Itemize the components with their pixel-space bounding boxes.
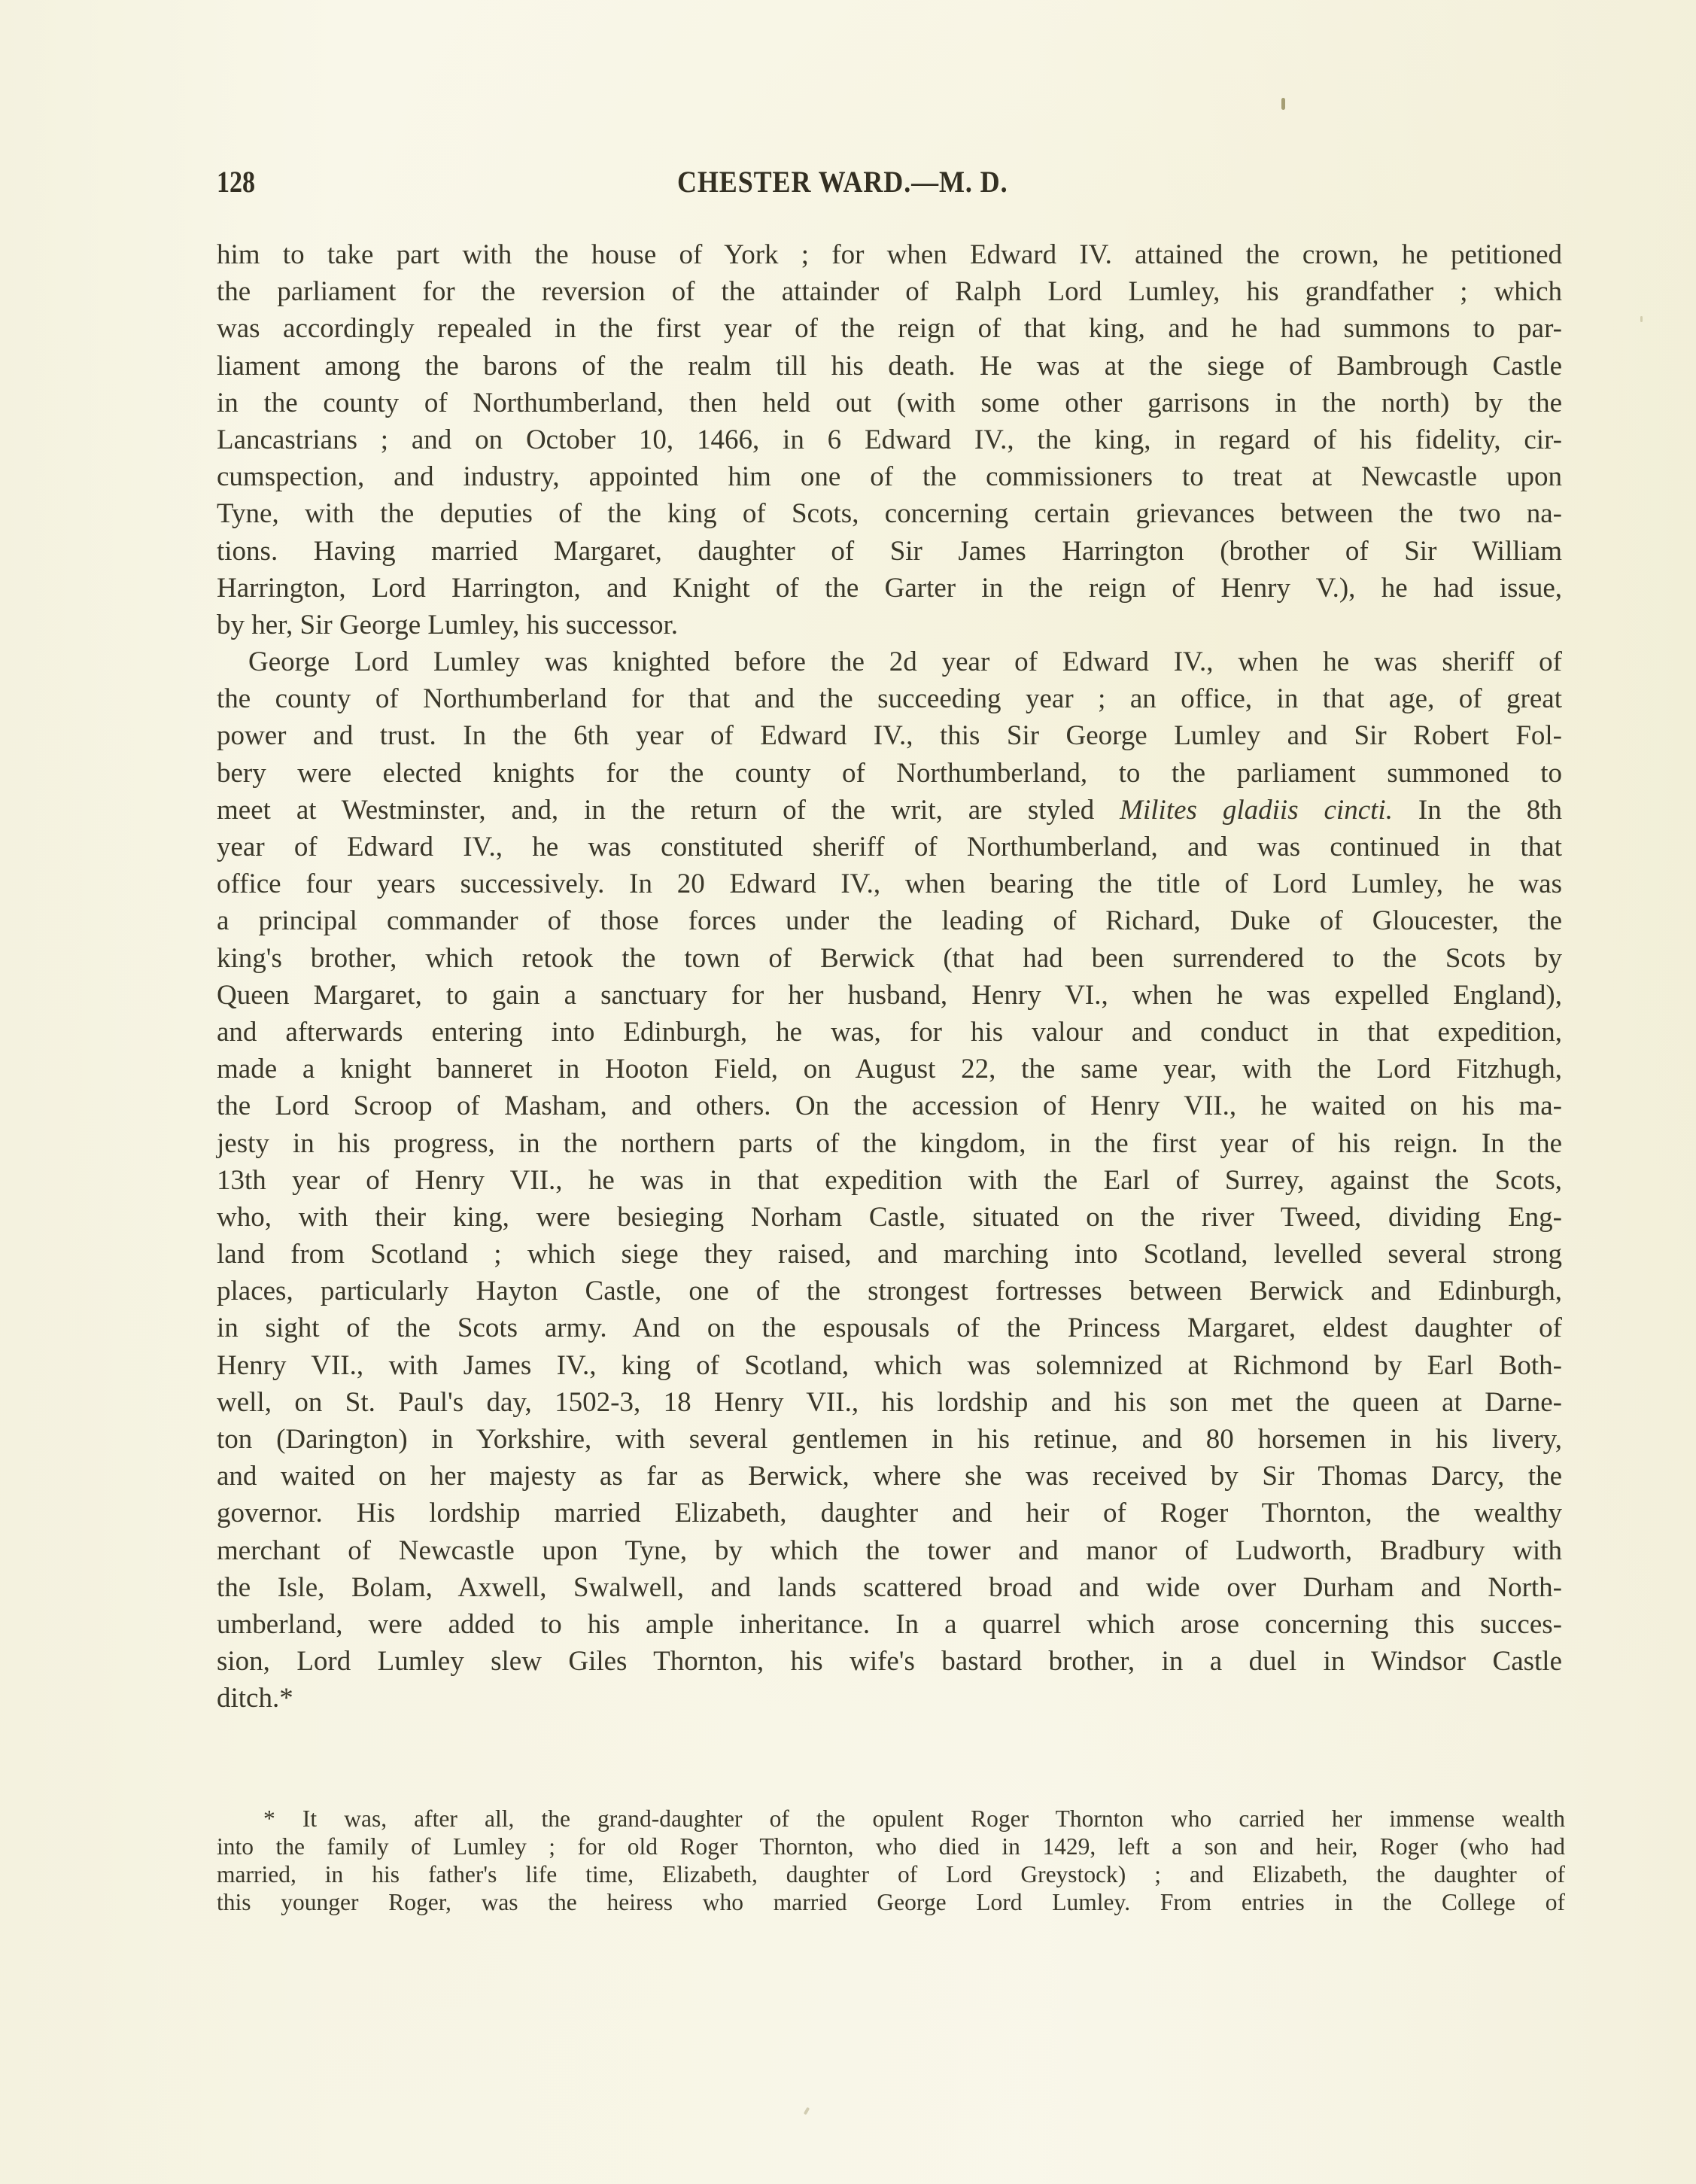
- paper-speck: [1281, 98, 1285, 110]
- text-line: by her, Sir George Lumley, his successor…: [217, 607, 1562, 643]
- text-line: the Isle, Bolam, Axwell, Swalwell, and l…: [217, 1569, 1562, 1606]
- text-line: the Lord Scroop of Masham, and others. O…: [217, 1087, 1562, 1124]
- text-line: a principal commander of those forces un…: [217, 902, 1562, 939]
- text-line: Tyne, with the deputies of the king of S…: [217, 495, 1562, 532]
- text-line: Harrington, Lord Harrington, and Knight …: [217, 570, 1562, 607]
- text-segment: In the 8th: [1393, 795, 1562, 826]
- book-page: 128 CHESTER WARD.—M. D. him to take part…: [0, 0, 1696, 2184]
- text-line: made a knight banneret in Hooton Field, …: [217, 1051, 1562, 1087]
- text-line: sion, Lord Lumley slew Giles Thornton, h…: [217, 1643, 1562, 1680]
- text-line: umberland, were added to his ample inher…: [217, 1606, 1562, 1643]
- text-line: governor. His lordship married Elizabeth…: [217, 1495, 1562, 1532]
- text-line: who, with their king, were besieging Nor…: [217, 1199, 1562, 1236]
- footnote-line: married, in his father's life time, Eliz…: [217, 1860, 1565, 1888]
- footnote-line: this younger Roger, was the heiress who …: [217, 1888, 1565, 1916]
- text-line: the parliament for the reversion of the …: [217, 273, 1562, 310]
- text-line: 13th year of Henry VII., he was in that …: [217, 1162, 1562, 1199]
- text-line: merchant of Newcastle upon Tyne, by whic…: [217, 1532, 1562, 1569]
- text-line: year of Edward IV., he was constituted s…: [217, 829, 1562, 865]
- text-line: land from Scotland ; which siege they ra…: [217, 1236, 1562, 1273]
- text-line: him to take part with the house of York …: [217, 236, 1562, 273]
- text-line-with-italic: meet at Westminster, and, in the return …: [217, 792, 1562, 829]
- footnote: * It was, after all, the grand-daughter …: [217, 1805, 1565, 1916]
- italic-phrase: Milites gladiis cincti.: [1120, 795, 1393, 826]
- text-line: George Lord Lumley was knighted before t…: [217, 643, 1562, 680]
- paragraph: George Lord Lumley was knighted before t…: [217, 643, 1562, 1717]
- text-line: the county of Northumberland for that an…: [217, 680, 1562, 717]
- text-line: ton (Darington) in Yorkshire, with sever…: [217, 1421, 1562, 1458]
- running-head: 128 CHESTER WARD.—M. D.: [217, 164, 1564, 202]
- text-line: in the county of Northumberland, then he…: [217, 385, 1562, 421]
- text-line: ditch.*: [217, 1680, 1562, 1717]
- text-segment: meet at Westminster, and, in the return …: [217, 795, 1120, 826]
- text-line: Lancastrians ; and on October 10, 1466, …: [217, 421, 1562, 458]
- text-line: cumspection, and industry, appointed him…: [217, 458, 1562, 495]
- text-line: in sight of the Scots army. And on the e…: [217, 1309, 1562, 1346]
- paper-speck: [1640, 316, 1643, 322]
- body-text: him to take part with the house of York …: [217, 236, 1562, 1717]
- text-line: was accordingly repealed in the first ye…: [217, 310, 1562, 347]
- text-line: Henry VII., with James IV., king of Scot…: [217, 1347, 1562, 1384]
- paragraph: him to take part with the house of York …: [217, 236, 1562, 643]
- text-line: king's brother, which retook the town of…: [217, 940, 1562, 977]
- page-number: 128: [217, 164, 255, 199]
- text-line: and waited on her majesty as far as Berw…: [217, 1458, 1562, 1495]
- running-title: CHESTER WARD.—M. D.: [677, 164, 1008, 199]
- paper-speck: [804, 2107, 810, 2116]
- footnote-line: * It was, after all, the grand-daughter …: [217, 1805, 1565, 1833]
- text-line: tions. Having married Margaret, daughter…: [217, 533, 1562, 570]
- text-line: places, particularly Hayton Castle, one …: [217, 1273, 1562, 1309]
- text-line: Queen Margaret, to gain a sanctuary for …: [217, 977, 1562, 1014]
- text-line: office four years successively. In 20 Ed…: [217, 865, 1562, 902]
- text-line: power and trust. In the 6th year of Edwa…: [217, 717, 1562, 754]
- text-line: liament among the barons of the realm ti…: [217, 348, 1562, 385]
- text-line: and afterwards entering into Edinburgh, …: [217, 1014, 1562, 1051]
- footnote-line: into the family of Lumley ; for old Roge…: [217, 1833, 1565, 1860]
- text-line: bery were elected knights for the county…: [217, 755, 1562, 792]
- text-line: well, on St. Paul's day, 1502-3, 18 Henr…: [217, 1384, 1562, 1421]
- text-line: jesty in his progress, in the northern p…: [217, 1125, 1562, 1162]
